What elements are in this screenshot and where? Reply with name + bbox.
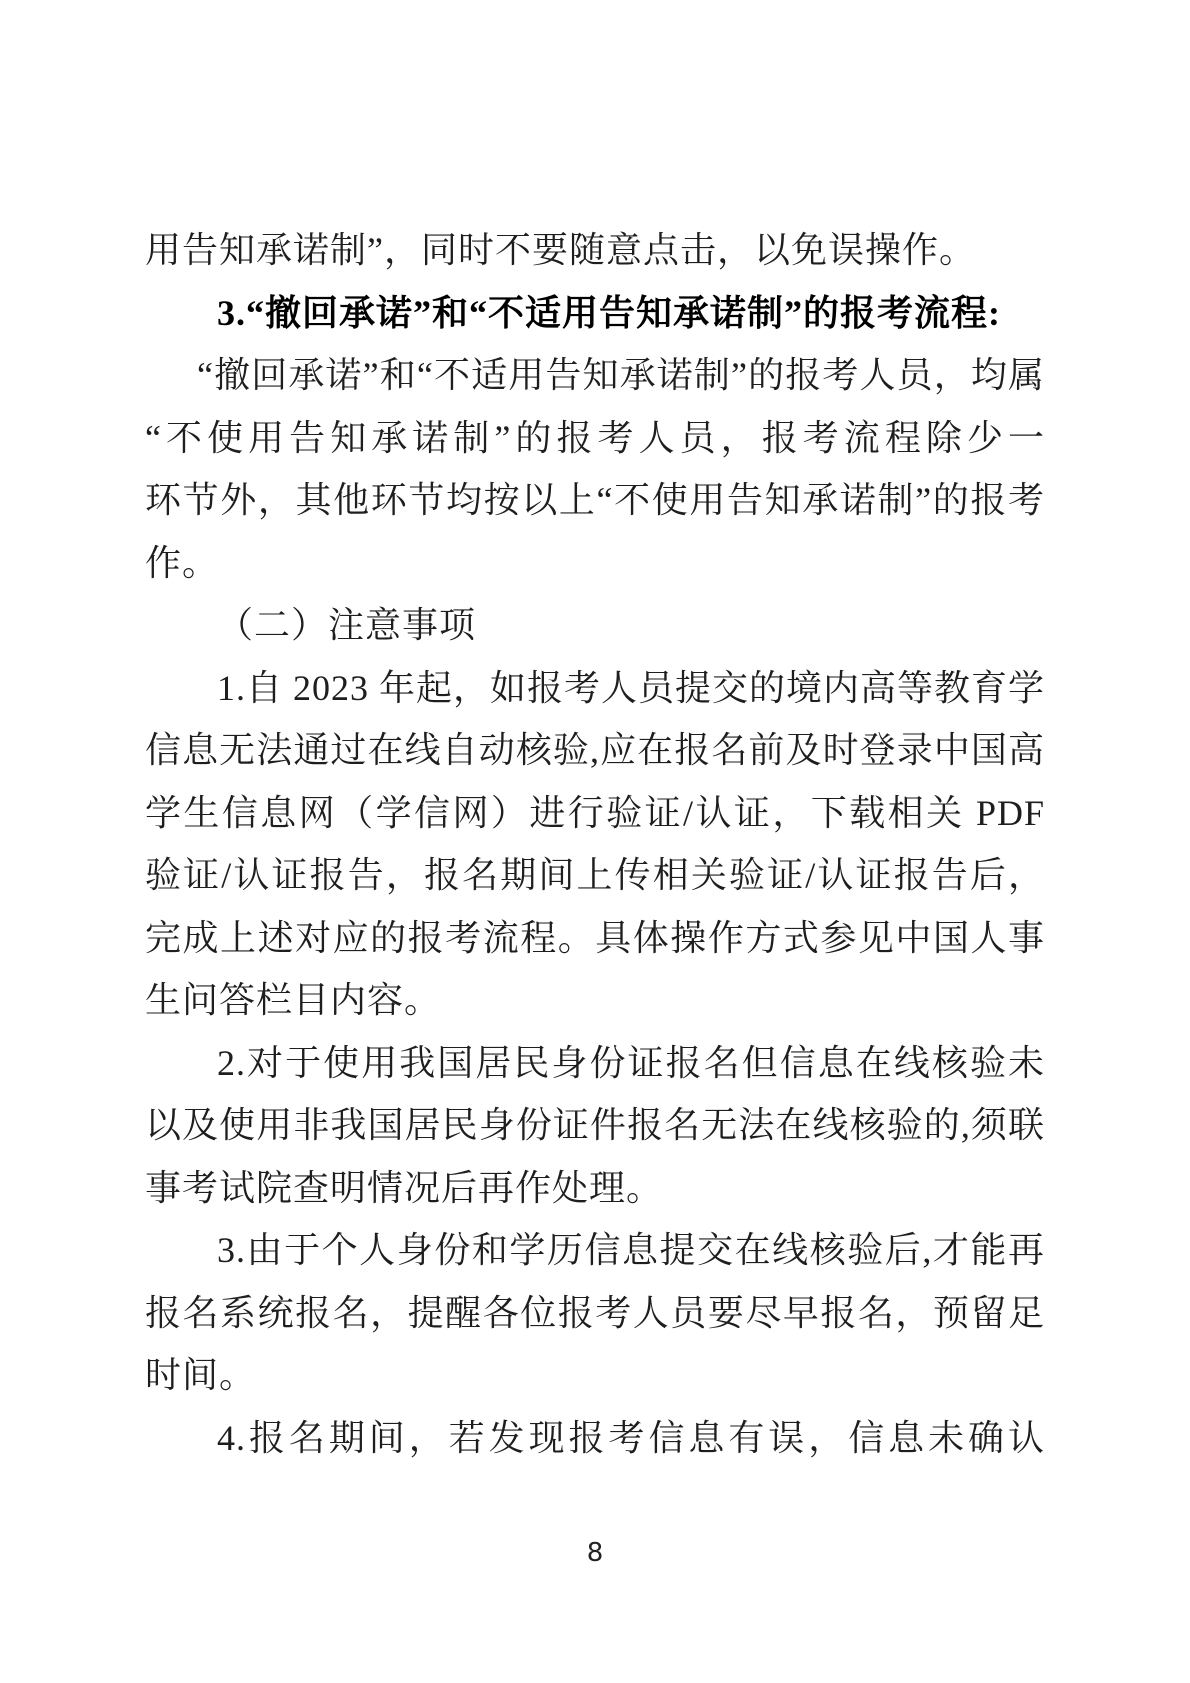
text-line-14: 2.对于使用我国居民身份证报名但信息在线核验未通过的，: [145, 1032, 1045, 1095]
text-line-4: “不使用告知承诺制”的报考人员，报考流程除少一个“选择”: [145, 407, 1045, 470]
text-line-16: 事考试院查明情况后再作处理。: [145, 1157, 1045, 1220]
text-line-18: 报名系统报名，提醒各位报考人员要尽早报名，预留足够的报名: [145, 1282, 1045, 1345]
text-line-5: 环节外，其他环节均按以上“不使用告知承诺制”的报考流程操: [145, 469, 1045, 532]
text-line-1: 用告知承诺制”，同时不要随意点击，以免误操作。: [145, 219, 1045, 282]
text-line-12: 完成上述对应的报考流程。具体操作方式参见中国人事考试网考: [145, 907, 1045, 970]
section-heading-notes: （二）注意事项: [145, 594, 1045, 657]
text-line-19: 时间。: [145, 1344, 1045, 1407]
text-line-15: 以及使用非我国居民身份证件报名无法在线核验的,须联系省人: [145, 1094, 1045, 1157]
text-line-8: 1.自 2023 年起，如报考人员提交的境内高等教育学历学位: [145, 657, 1045, 720]
text-line-20: 4.报名期间，若发现报考信息有误，信息未确认的，报考人: [145, 1407, 1045, 1470]
text-line-6: 作。: [145, 532, 1045, 595]
page-number: 8: [587, 1538, 604, 1568]
document-body: 用告知承诺制”，同时不要随意点击，以免误操作。 3.“撤回承诺”和“不适用告知承…: [145, 219, 1045, 1469]
text-line-13: 生问答栏目内容。: [145, 969, 1045, 1032]
text-line-3: “撤回承诺”和“不适用告知承诺制”的报考人员，均属于: [145, 344, 1045, 407]
text-line-11: 验证/认证报告，报名期间上传相关验证/认证报告后，方可继续: [145, 844, 1045, 907]
text-line-17: 3.由于个人身份和学历信息提交在线核验后,才能再次登录: [145, 1219, 1045, 1282]
section-heading-withdraw-commitment: 3.“撤回承诺”和“不适用告知承诺制”的报考流程:: [145, 282, 1045, 345]
text-line-9: 信息无法通过在线自动核验,应在报名前及时登录中国高等教育: [145, 719, 1045, 782]
page-footer: 8: [0, 1538, 1190, 1568]
text-line-10: 学生信息网（学信网）进行验证/认证，下载相关 PDF 格式在线: [145, 782, 1045, 845]
document-page: 用告知承诺制”，同时不要随意点击，以免误操作。 3.“撤回承诺”和“不适用告知承…: [0, 0, 1190, 1683]
